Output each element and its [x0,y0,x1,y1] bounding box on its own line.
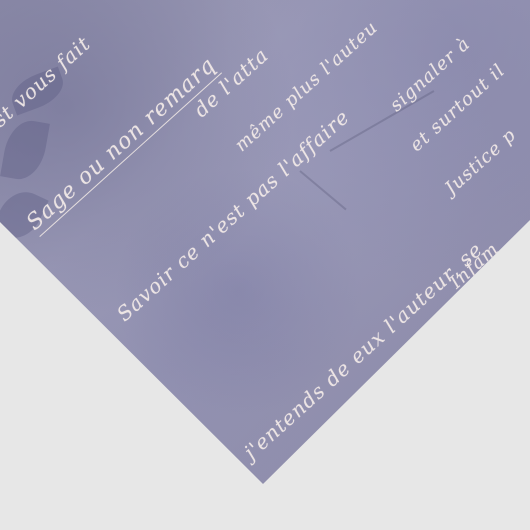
script-line: Justice p [441,125,520,199]
photo-scene: Est vous fait Sage ou non remarq de l'at… [0,0,530,530]
tissue-paper-sheet: Est vous fait Sage ou non remarq de l'at… [0,0,530,530]
script-line: j'entends de eux l'auteur, se [239,237,487,464]
marble-vein [299,170,346,210]
